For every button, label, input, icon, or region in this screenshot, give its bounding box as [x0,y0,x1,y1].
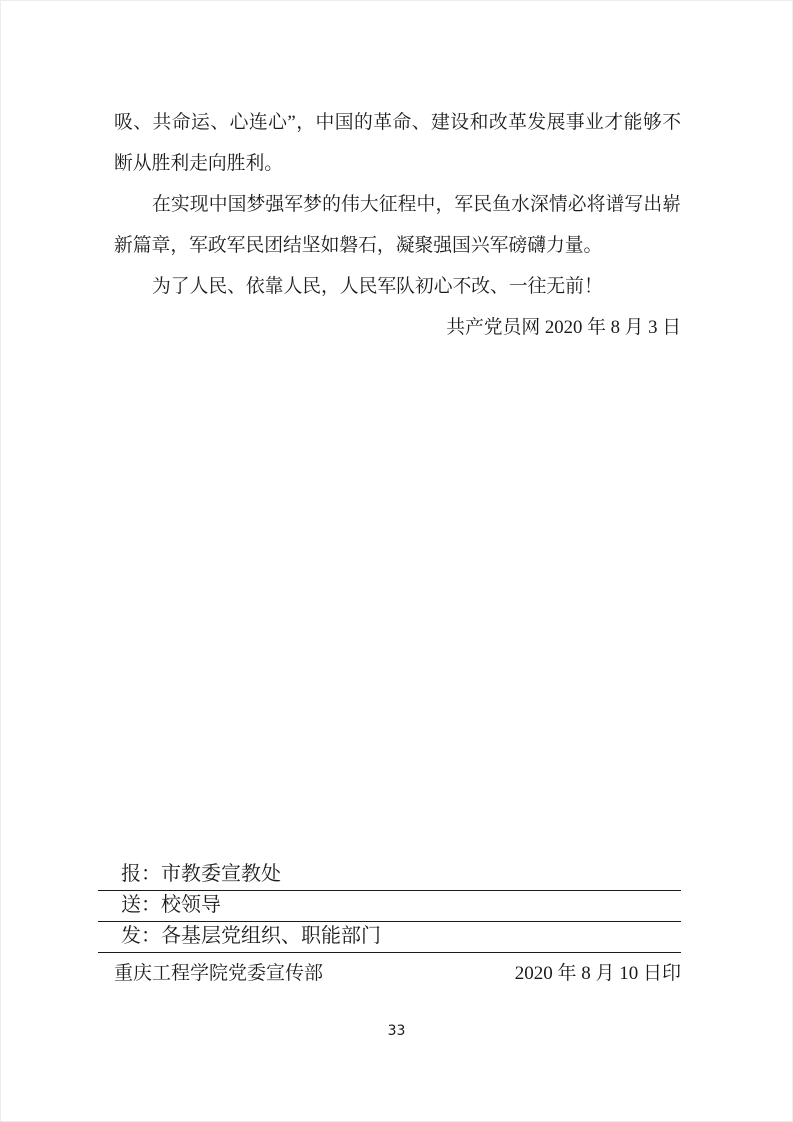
paragraph-line: 为了人民、依靠人民，人民军队初心不改、一往无前！ [114,266,681,307]
body-text: 吸、共命运、心连心”，中国的革命、建设和改革发展事业才能够不 断从胜利走向胜利。… [114,102,681,348]
issuer-name: 重庆工程学院党委宣传部 [98,958,323,985]
print-date: 2020 年 8 月 10 日印 [515,958,681,985]
send-to-row: 送：校领导 [98,891,681,922]
document-page: 吸、共命运、心连心”，中国的革命、建设和改革发展事业才能够不 断从胜利走向胜利。… [0,0,793,1122]
page-number: 33 [1,1023,792,1039]
paragraph-line: 断从胜利走向胜利。 [114,143,681,184]
paragraph-line: 在实现中国梦强军梦的伟大征程中，军民鱼水深情必将谱写出崭 [114,184,681,225]
source-attribution: 共产党员网 2020 年 8 月 3 日 [114,307,681,348]
paragraph-line: 新篇章，军政军民团结坚如磐石，凝聚强国兴军磅礴力量。 [114,225,681,266]
issued-to-row: 发：各基层党组织、职能部门 [98,922,681,953]
paragraph-line: 吸、共命运、心连心”，中国的革命、建设和改革发展事业才能够不 [114,102,681,143]
report-to-row: 报：市教委宣教处 [98,859,681,891]
footer-meta-row: 重庆工程学院党委宣传部 2020 年 8 月 10 日印 [98,953,681,986]
distribution-table: 报：市教委宣教处 送：校领导 发：各基层党组织、职能部门 重庆工程学院党委宣传部… [98,859,681,986]
